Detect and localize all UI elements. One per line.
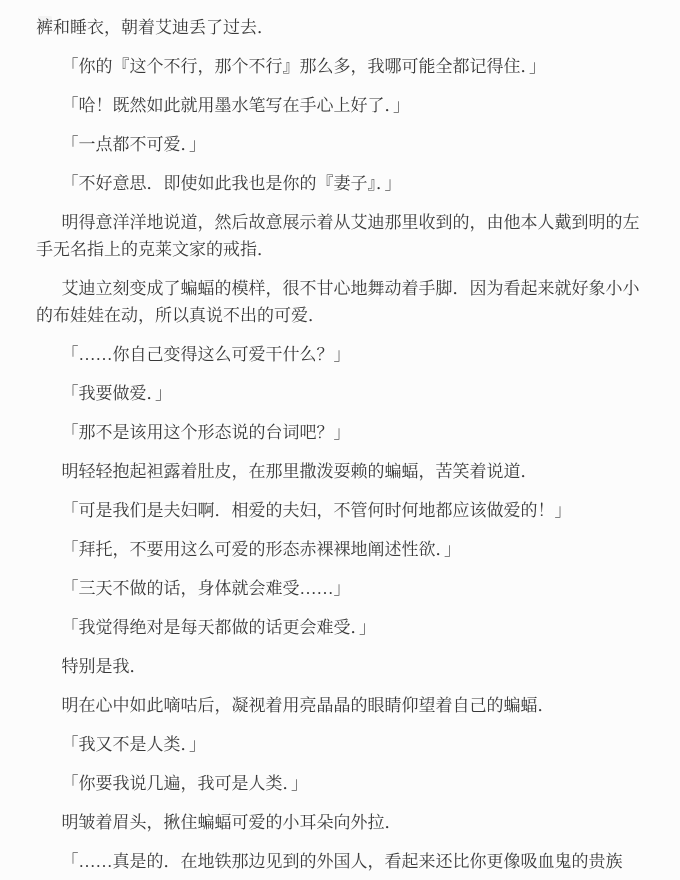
paragraph: 特别是我． — [36, 653, 646, 680]
paragraph: 明得意洋洋地说道，然后故意展示着从艾迪那里收到的，由他本人戴到明的左手无名指上的… — [36, 209, 646, 263]
document-page: 裤和睡衣，朝着艾迪丢了过去．「你的『这个不行，那个不行』那么多，我哪可能全都记得… — [0, 0, 680, 880]
paragraph: 明皱着眉头，揪住蝙蝠可爱的小耳朵向外拉． — [36, 809, 646, 836]
paragraph: 「一点都不可爱．」 — [36, 131, 646, 158]
paragraph: 艾迪立刻变成了蝙蝠的模样，很不甘心地舞动着手脚．因为看起来就好象小小的布娃娃在动… — [36, 275, 646, 329]
paragraph: 「我又不是人类．」 — [36, 731, 646, 758]
paragraph: 「哈！既然如此就用墨水笔写在手心上好了．」 — [36, 92, 646, 119]
paragraph: 「三天不做的话，身体就会难受……」 — [36, 575, 646, 602]
paragraph: 「你的『这个不行，那个不行』那么多，我哪可能全都记得住．」 — [36, 53, 646, 80]
paragraph: 「不好意思．即使如此我也是你的『妻子』．」 — [36, 170, 646, 197]
paragraph: 明轻轻抱起袒露着肚皮，在那里撒泼耍赖的蝙蝠，苦笑着说道． — [36, 458, 646, 485]
paragraph: 「我觉得绝对是每天都做的话更会难受．」 — [36, 614, 646, 641]
paragraph: 「那不是该用这个形态说的台词吧？」 — [36, 419, 646, 446]
novel-text-content: 裤和睡衣，朝着艾迪丢了过去．「你的『这个不行，那个不行』那么多，我哪可能全都记得… — [36, 14, 646, 880]
paragraph: 明在心中如此嘀咕后，凝视着用亮晶晶的眼睛仰望着自己的蝙蝠． — [36, 692, 646, 719]
paragraph: 「拜托，不要用这么可爱的形态赤裸裸地阐述性欲．」 — [36, 536, 646, 563]
paragraph: 「……真是的．在地铁那边见到的外国人，看起来还比你更像吸血鬼的贵族 — [36, 848, 646, 875]
paragraph: 「你要我说几遍，我可是人类．」 — [36, 770, 646, 797]
paragraph: 「我要做爱．」 — [36, 380, 646, 407]
paragraph: 「……你自己变得这么可爱干什么？」 — [36, 341, 646, 368]
paragraph: 「可是我们是夫妇啊．相爱的夫妇，不管何时何地都应该做爱的！」 — [36, 497, 646, 524]
paragraph: 裤和睡衣，朝着艾迪丢了过去． — [36, 14, 646, 41]
